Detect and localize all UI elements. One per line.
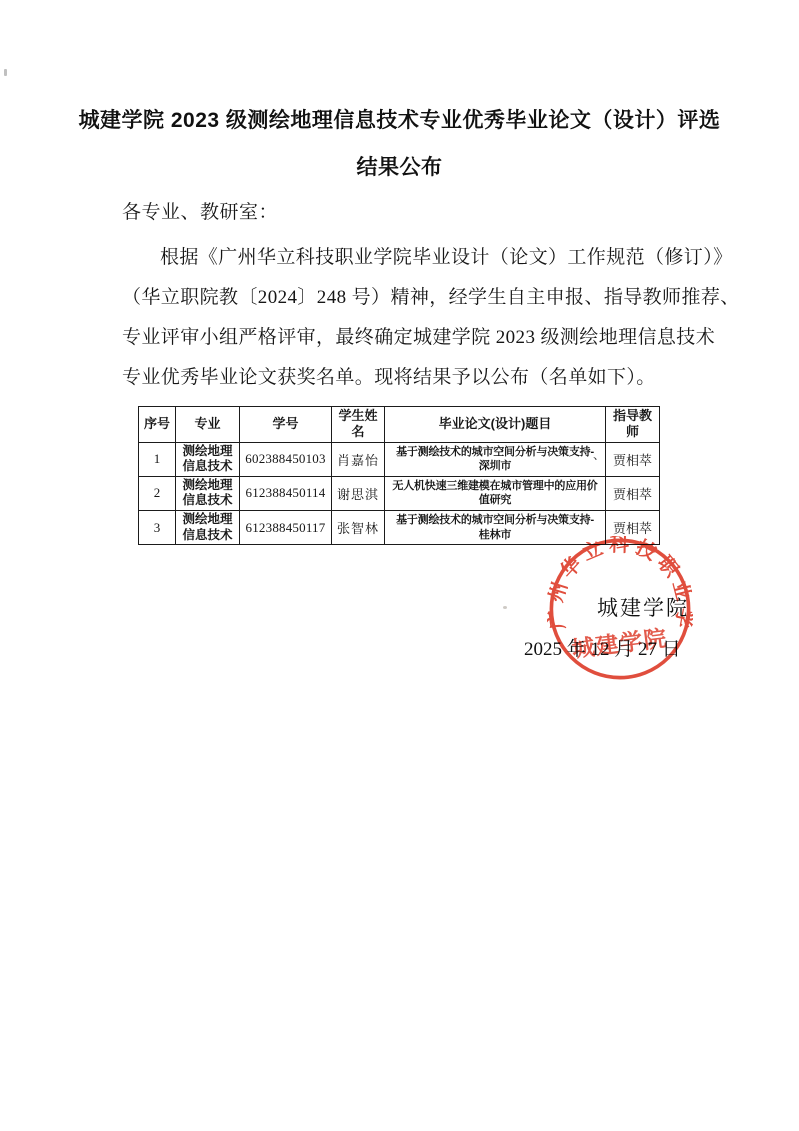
paragraph-line: （华立职院教〔2024〕248 号）精神，经学生自主申报、指导教师推荐、 — [122, 282, 682, 309]
thesis-line: 基于测绘技术的城市空间分析与决策支持- — [387, 513, 603, 527]
paragraph-line: 专业评审小组严格评审，最终确定城建学院 2023 级测绘地理信息技术 — [122, 322, 682, 349]
cell-advisor: 贾相萃 — [606, 442, 660, 476]
cell-student-id: 612388450114 — [240, 476, 332, 510]
paragraph-line: 专业优秀毕业论文获奖名单。现将结果予以公布（名单如下）。 — [122, 362, 682, 389]
cell-student-id: 612388450117 — [240, 511, 332, 545]
stray-ink-mark: 、 — [593, 446, 605, 463]
cell-no: 3 — [139, 511, 176, 545]
paragraph-line: 根据《广州华立科技职业学院毕业设计（论文）工作规范（修订）》 — [122, 242, 682, 269]
cell-student-id: 602388450103 — [240, 442, 332, 476]
thesis-line: 桂林市 — [387, 528, 603, 542]
table-row: 3 测绘地理信息技术 612388450117 张智林 基于测绘技术的城市空间分… — [139, 511, 660, 545]
header-thesis-title: 毕业论文(设计)题目 — [385, 407, 606, 443]
cell-no: 2 — [139, 476, 176, 510]
cell-student-name: 肖嘉怡 — [332, 442, 385, 476]
cell-advisor: 贾相萃 — [606, 511, 660, 545]
salutation: 各专业、教研室： — [122, 197, 278, 224]
thesis-line: 基于测绘技术的城市空间分析与决策支持- — [387, 445, 603, 459]
cell-thesis-title: 基于测绘技术的城市空间分析与决策支持-桂林市 — [385, 511, 606, 545]
cell-no: 1 — [139, 442, 176, 476]
table-row: 2 测绘地理信息技术 612388450114 谢思淇 无人机快速三维建模在城市… — [139, 476, 660, 510]
scan-speck — [4, 69, 7, 76]
thesis-line: 深圳市 — [387, 459, 603, 473]
table-row: 1 测绘地理信息技术 602388450103 肖嘉怡 基于测绘技术的城市空间分… — [139, 442, 660, 476]
cell-advisor: 贾相萃 — [606, 476, 660, 510]
cell-student-name: 谢思淇 — [332, 476, 385, 510]
thesis-line: 值研究 — [387, 493, 603, 507]
signature-department: 城建学院 — [597, 592, 689, 622]
header-student-id: 学号 — [240, 407, 332, 443]
document-title-line2: 结果公布 — [60, 151, 739, 181]
cell-thesis-title: 无人机快速三维建模在城市管理中的应用价值研究 — [385, 476, 606, 510]
cell-major: 测绘地理信息技术 — [176, 476, 240, 510]
document-title-line1: 城建学院 2023 级测绘地理信息技术专业优秀毕业论文（设计）评选 — [60, 104, 739, 134]
header-advisor: 指导教师 — [606, 407, 660, 443]
scan-dot — [503, 606, 507, 609]
award-table: 序号 专业 学号 学生姓名 毕业论文(设计)题目 指导教师 1 测绘地理信息技术… — [138, 406, 660, 545]
document-page: 城建学院 2023 级测绘地理信息技术专业优秀毕业论文（设计）评选 结果公布 各… — [0, 0, 799, 1131]
header-major: 专业 — [176, 407, 240, 443]
signature-date: 2025 年 12 月 27 日 — [524, 634, 681, 661]
cell-major: 测绘地理信息技术 — [176, 442, 240, 476]
header-student-name: 学生姓名 — [332, 407, 385, 443]
cell-thesis-title: 基于测绘技术的城市空间分析与决策支持-深圳市 — [385, 442, 606, 476]
cell-major: 测绘地理信息技术 — [176, 511, 240, 545]
header-no: 序号 — [139, 407, 176, 443]
thesis-line: 无人机快速三维建模在城市管理中的应用价 — [387, 479, 603, 493]
cell-student-name: 张智林 — [332, 511, 385, 545]
table-header-row: 序号 专业 学号 学生姓名 毕业论文(设计)题目 指导教师 — [139, 407, 660, 443]
